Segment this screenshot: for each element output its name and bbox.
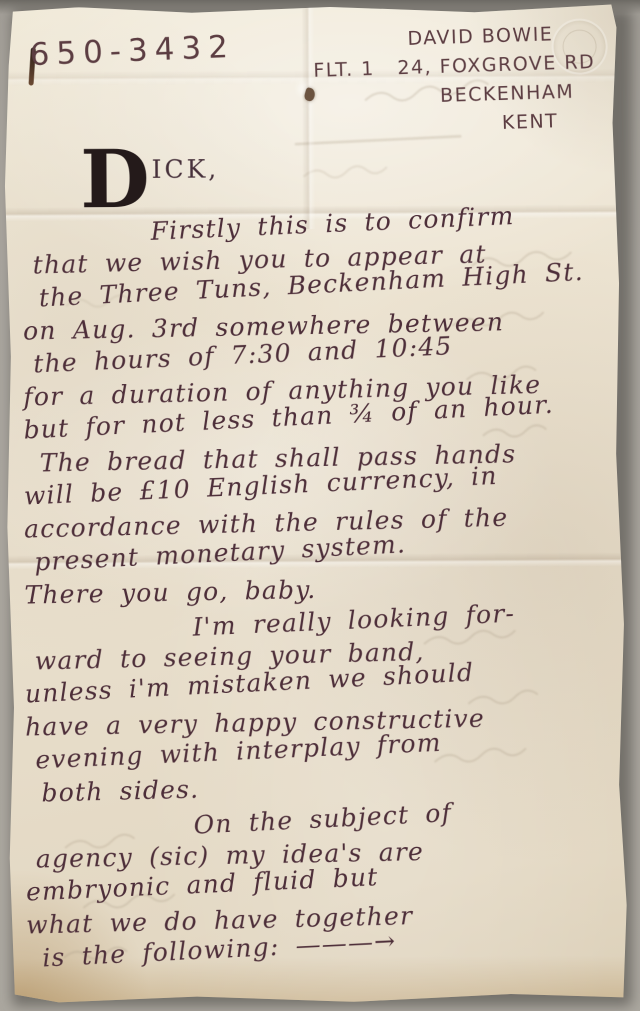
letter-body: Firstly this is to confirmthat we wish y… bbox=[22, 212, 628, 974]
letter-photo: 650-3432 DAVID BOWIE FLT. 1 24, FOXGROVE… bbox=[0, 0, 640, 1011]
sender-address: DAVID BOWIE FLT. 1 24, FOXGROVE RD BECKE… bbox=[296, 18, 621, 144]
sender-address-line: KENT bbox=[439, 105, 622, 140]
salutation-initial: D bbox=[80, 141, 150, 217]
salutation: D ick, bbox=[80, 141, 219, 218]
salutation-rest: ick, bbox=[152, 155, 220, 184]
phone-number: 650-3432 bbox=[29, 29, 236, 73]
letter-paper: 650-3432 DAVID BOWIE FLT. 1 24, FOXGROVE… bbox=[3, 2, 636, 1008]
